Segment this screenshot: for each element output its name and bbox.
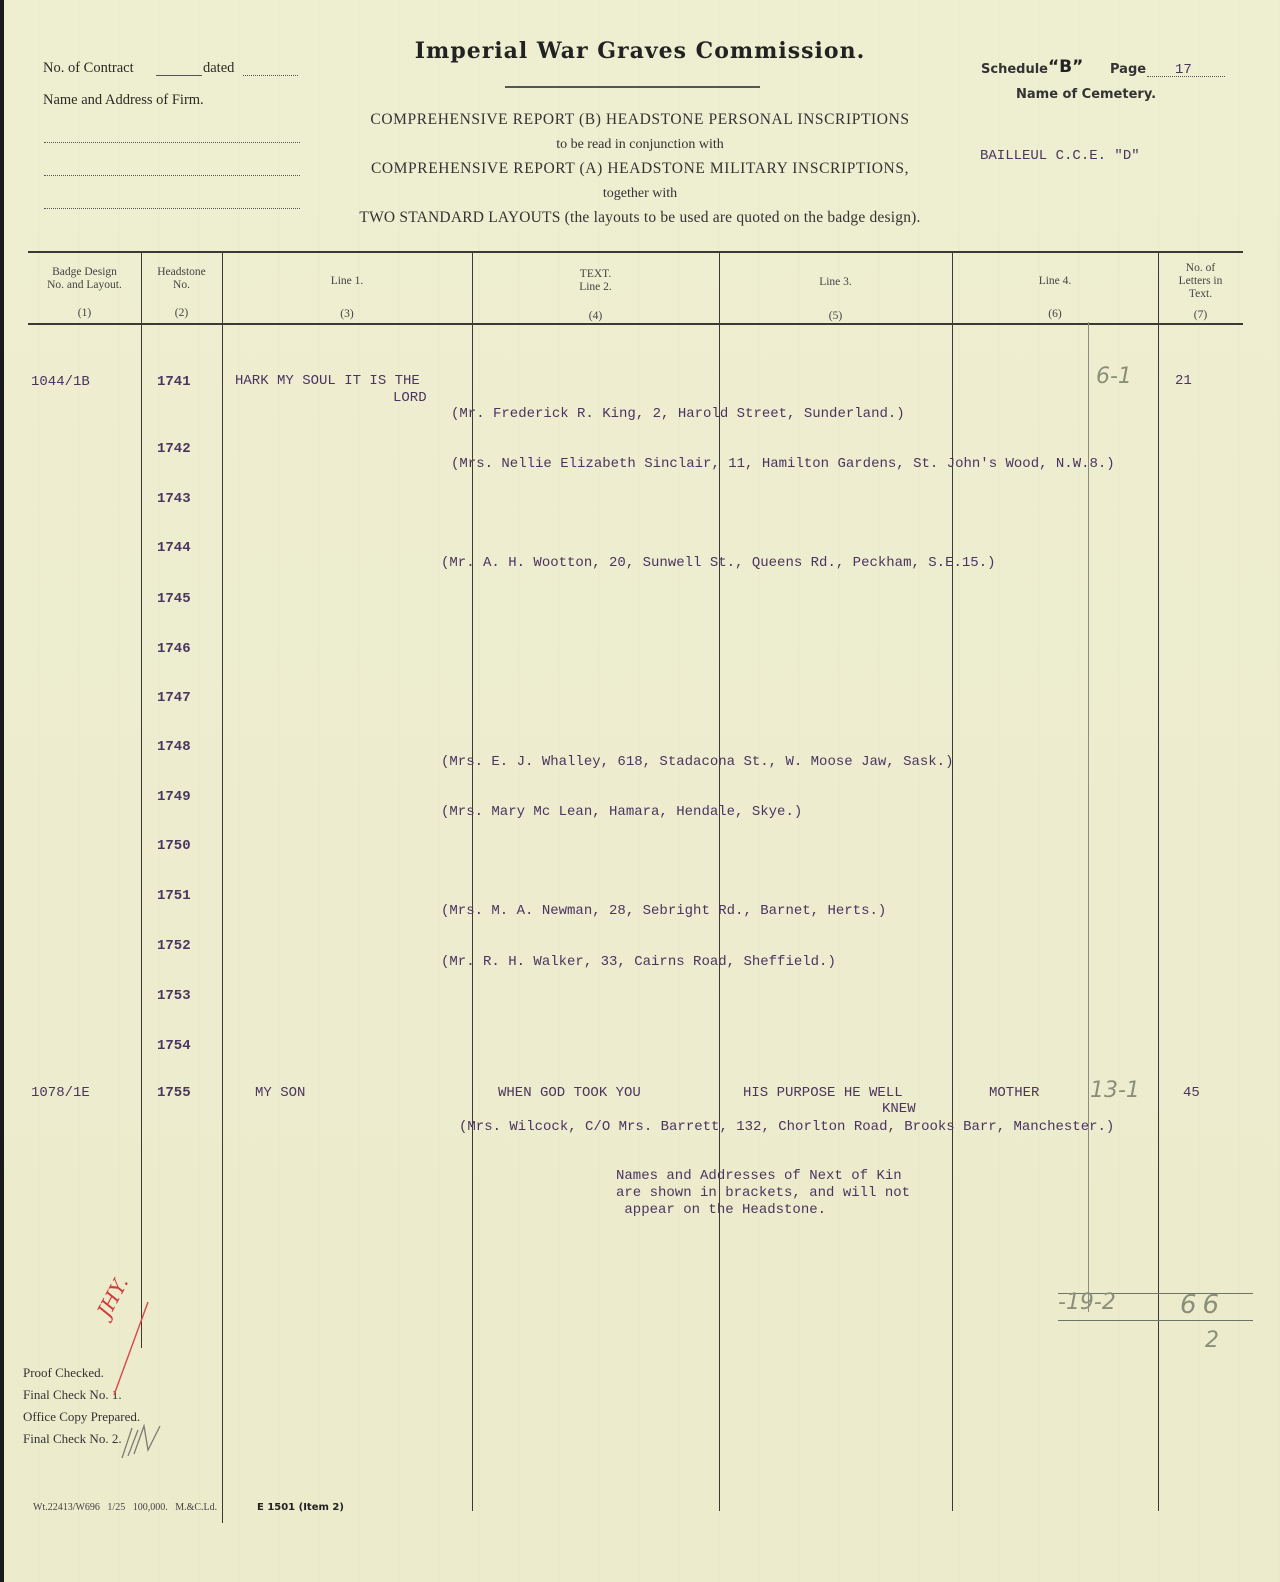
headstone-1753: 1753: [157, 988, 191, 1004]
layouts-text: TWO STANDARD LAYOUTS (the layouts to be …: [320, 209, 960, 227]
form-number: E 1501 (Item 2): [257, 1502, 344, 1513]
cemetery-label: Name of Cemetery.: [1016, 87, 1156, 102]
pencil-signature: [118, 1420, 168, 1460]
firm-line-1: [44, 142, 300, 143]
col-header-line4: Line 4.: [952, 275, 1158, 288]
conjunction-text-2: together with: [320, 186, 960, 202]
col-divider-2: [222, 253, 223, 1523]
next-of-kin-1749: (Mrs. Mary Mc Lean, Hamara, Hendale, Sky…: [441, 804, 802, 820]
letters-1755: 45: [1183, 1085, 1200, 1101]
col-num-4: (4): [472, 310, 719, 322]
col-num-5: (5): [719, 310, 952, 322]
title-rule: [505, 86, 760, 88]
inscription-line3-1755: HIS PURPOSE HE WELL: [743, 1085, 903, 1101]
headstone-1744: 1744: [157, 540, 191, 556]
page-number: 17: [1175, 62, 1192, 78]
headstone-1747: 1747: [157, 690, 191, 706]
headstone-1746: 1746: [157, 641, 191, 657]
next-of-kin-1751: (Mrs. M. A. Newman, 28, Sebright Rd., Ba…: [441, 903, 886, 919]
headstone-1755: 1755: [157, 1085, 191, 1101]
document-page: No. of Contract dated Name and Address o…: [0, 0, 1280, 1582]
handnote-1755: 13-1: [1090, 1078, 1140, 1103]
page-label: Page: [1110, 62, 1146, 77]
col-divider-4: [719, 253, 720, 1511]
headstone-1749: 1749: [157, 789, 191, 805]
total-below: 2: [1205, 1328, 1219, 1353]
col-header-line3: Line 3.: [719, 276, 952, 289]
col-header-line2: TEXT. Line 2.: [472, 268, 719, 294]
note-line-1: Names and Addresses of Next of Kin: [616, 1168, 902, 1185]
col-header-headstone: Headstone No.: [141, 266, 222, 292]
printer-imprint: Wt.22413/W696 1/25 100,000. M.&C.Ld.: [33, 1502, 217, 1513]
headstone-1750: 1750: [157, 838, 191, 854]
final-check-2-label: Final Check No. 2.: [23, 1431, 122, 1447]
table-header-rule: [28, 323, 1243, 325]
badge-design-1078: 1078/1E: [31, 1085, 90, 1101]
contract-label: No. of Contract: [43, 60, 134, 77]
firm-line-2: [44, 175, 300, 176]
contract-blank: [156, 75, 202, 76]
report-a-title: COMPREHENSIVE REPORT (A) HEADSTONE MILIT…: [320, 160, 960, 178]
col-header-line1: Line 1.: [222, 275, 472, 288]
col-header-badge: Badge Design No. and Layout.: [28, 266, 141, 292]
org-title: Imperial War Graves Commission.: [320, 38, 960, 64]
col-divider-5: [952, 253, 953, 1511]
headstone-1745: 1745: [157, 591, 191, 607]
final-check-1-label: Final Check No. 1.: [23, 1387, 122, 1403]
letters-1741: 21: [1175, 373, 1192, 389]
col-divider-3: [472, 253, 473, 1511]
inscription-line1-1741: HARK MY SOUL IT IS THE: [235, 373, 420, 389]
inscription-line2-1755: WHEN GOD TOOK YOU: [498, 1085, 641, 1101]
next-of-kin-1744: (Mr. A. H. Wootton, 20, Sunwell St., Que…: [441, 555, 996, 571]
col-num-3: (3): [222, 308, 472, 320]
conjunction-text-1: to be read in conjunction with: [320, 137, 960, 153]
firm-label: Name and Address of Firm.: [43, 92, 204, 109]
inscription-line1b-1741: LORD: [393, 390, 427, 406]
next-of-kin-1748: (Mrs. E. J. Whalley, 618, Stadacona St.,…: [441, 754, 953, 770]
headstone-1754: 1754: [157, 1038, 191, 1054]
dated-label: dated: [203, 60, 234, 77]
total-letters: 66: [1180, 1290, 1225, 1320]
report-b-title: COMPREHENSIVE REPORT (B) HEADSTONE PERSO…: [320, 111, 960, 129]
headstone-1752: 1752: [157, 938, 191, 954]
col-num-1: (1): [28, 307, 141, 319]
schedule-value: “B”: [1048, 57, 1083, 77]
col-num-6: (6): [952, 308, 1158, 320]
inscription-line3b-1755: KNEW: [882, 1101, 916, 1117]
table-top-rule: [28, 251, 1243, 253]
badge-design-1044: 1044/1B: [31, 374, 90, 390]
note-line-3: appear on the Headstone.: [616, 1202, 826, 1219]
inscription-line1-1755: MY SON: [255, 1085, 305, 1101]
cemetery-name: BAILLEUL C.C.E. "D": [980, 148, 1140, 164]
totals-rule-bottom: [1058, 1320, 1253, 1321]
scan-edge: [0, 0, 4, 1582]
headstone-1751: 1751: [157, 888, 191, 904]
col-divider-1: [141, 253, 142, 1348]
col-header-letters: No. of Letters in Text.: [1158, 262, 1243, 301]
next-of-kin-1742: (Mrs. Nellie Elizabeth Sinclair, 11, Ham…: [451, 456, 1115, 472]
next-of-kin-1752: (Mr. R. H. Walker, 33, Cairns Road, Shef…: [441, 954, 836, 970]
col-num-7: (7): [1158, 309, 1243, 321]
headstone-1741: 1741: [157, 374, 191, 390]
col-divider-6: [1158, 253, 1159, 1511]
col-num-2: (2): [141, 307, 222, 319]
note-line-2: are shown in brackets, and will not: [616, 1185, 910, 1202]
headstone-1748: 1748: [157, 739, 191, 755]
next-of-kin-1755: (Mrs. Wilcock, C/O Mrs. Barrett, 132, Ch…: [459, 1119, 1114, 1135]
schedule-label: Schedule: [981, 62, 1048, 77]
red-check-stroke: [108, 1300, 153, 1400]
firm-line-3: [44, 208, 300, 209]
handnote-1741: 6-1: [1096, 364, 1132, 389]
proof-checked-label: Proof Checked.: [23, 1365, 104, 1381]
dated-blank: [243, 75, 298, 76]
inscription-line4-1755: MOTHER: [989, 1085, 1039, 1101]
next-of-kin-1741: (Mr. Frederick R. King, 2, Harold Street…: [451, 406, 905, 422]
total-handnote: -19-2: [1058, 1290, 1116, 1315]
headstone-1743: 1743: [157, 491, 191, 507]
headstone-1742: 1742: [157, 441, 191, 457]
